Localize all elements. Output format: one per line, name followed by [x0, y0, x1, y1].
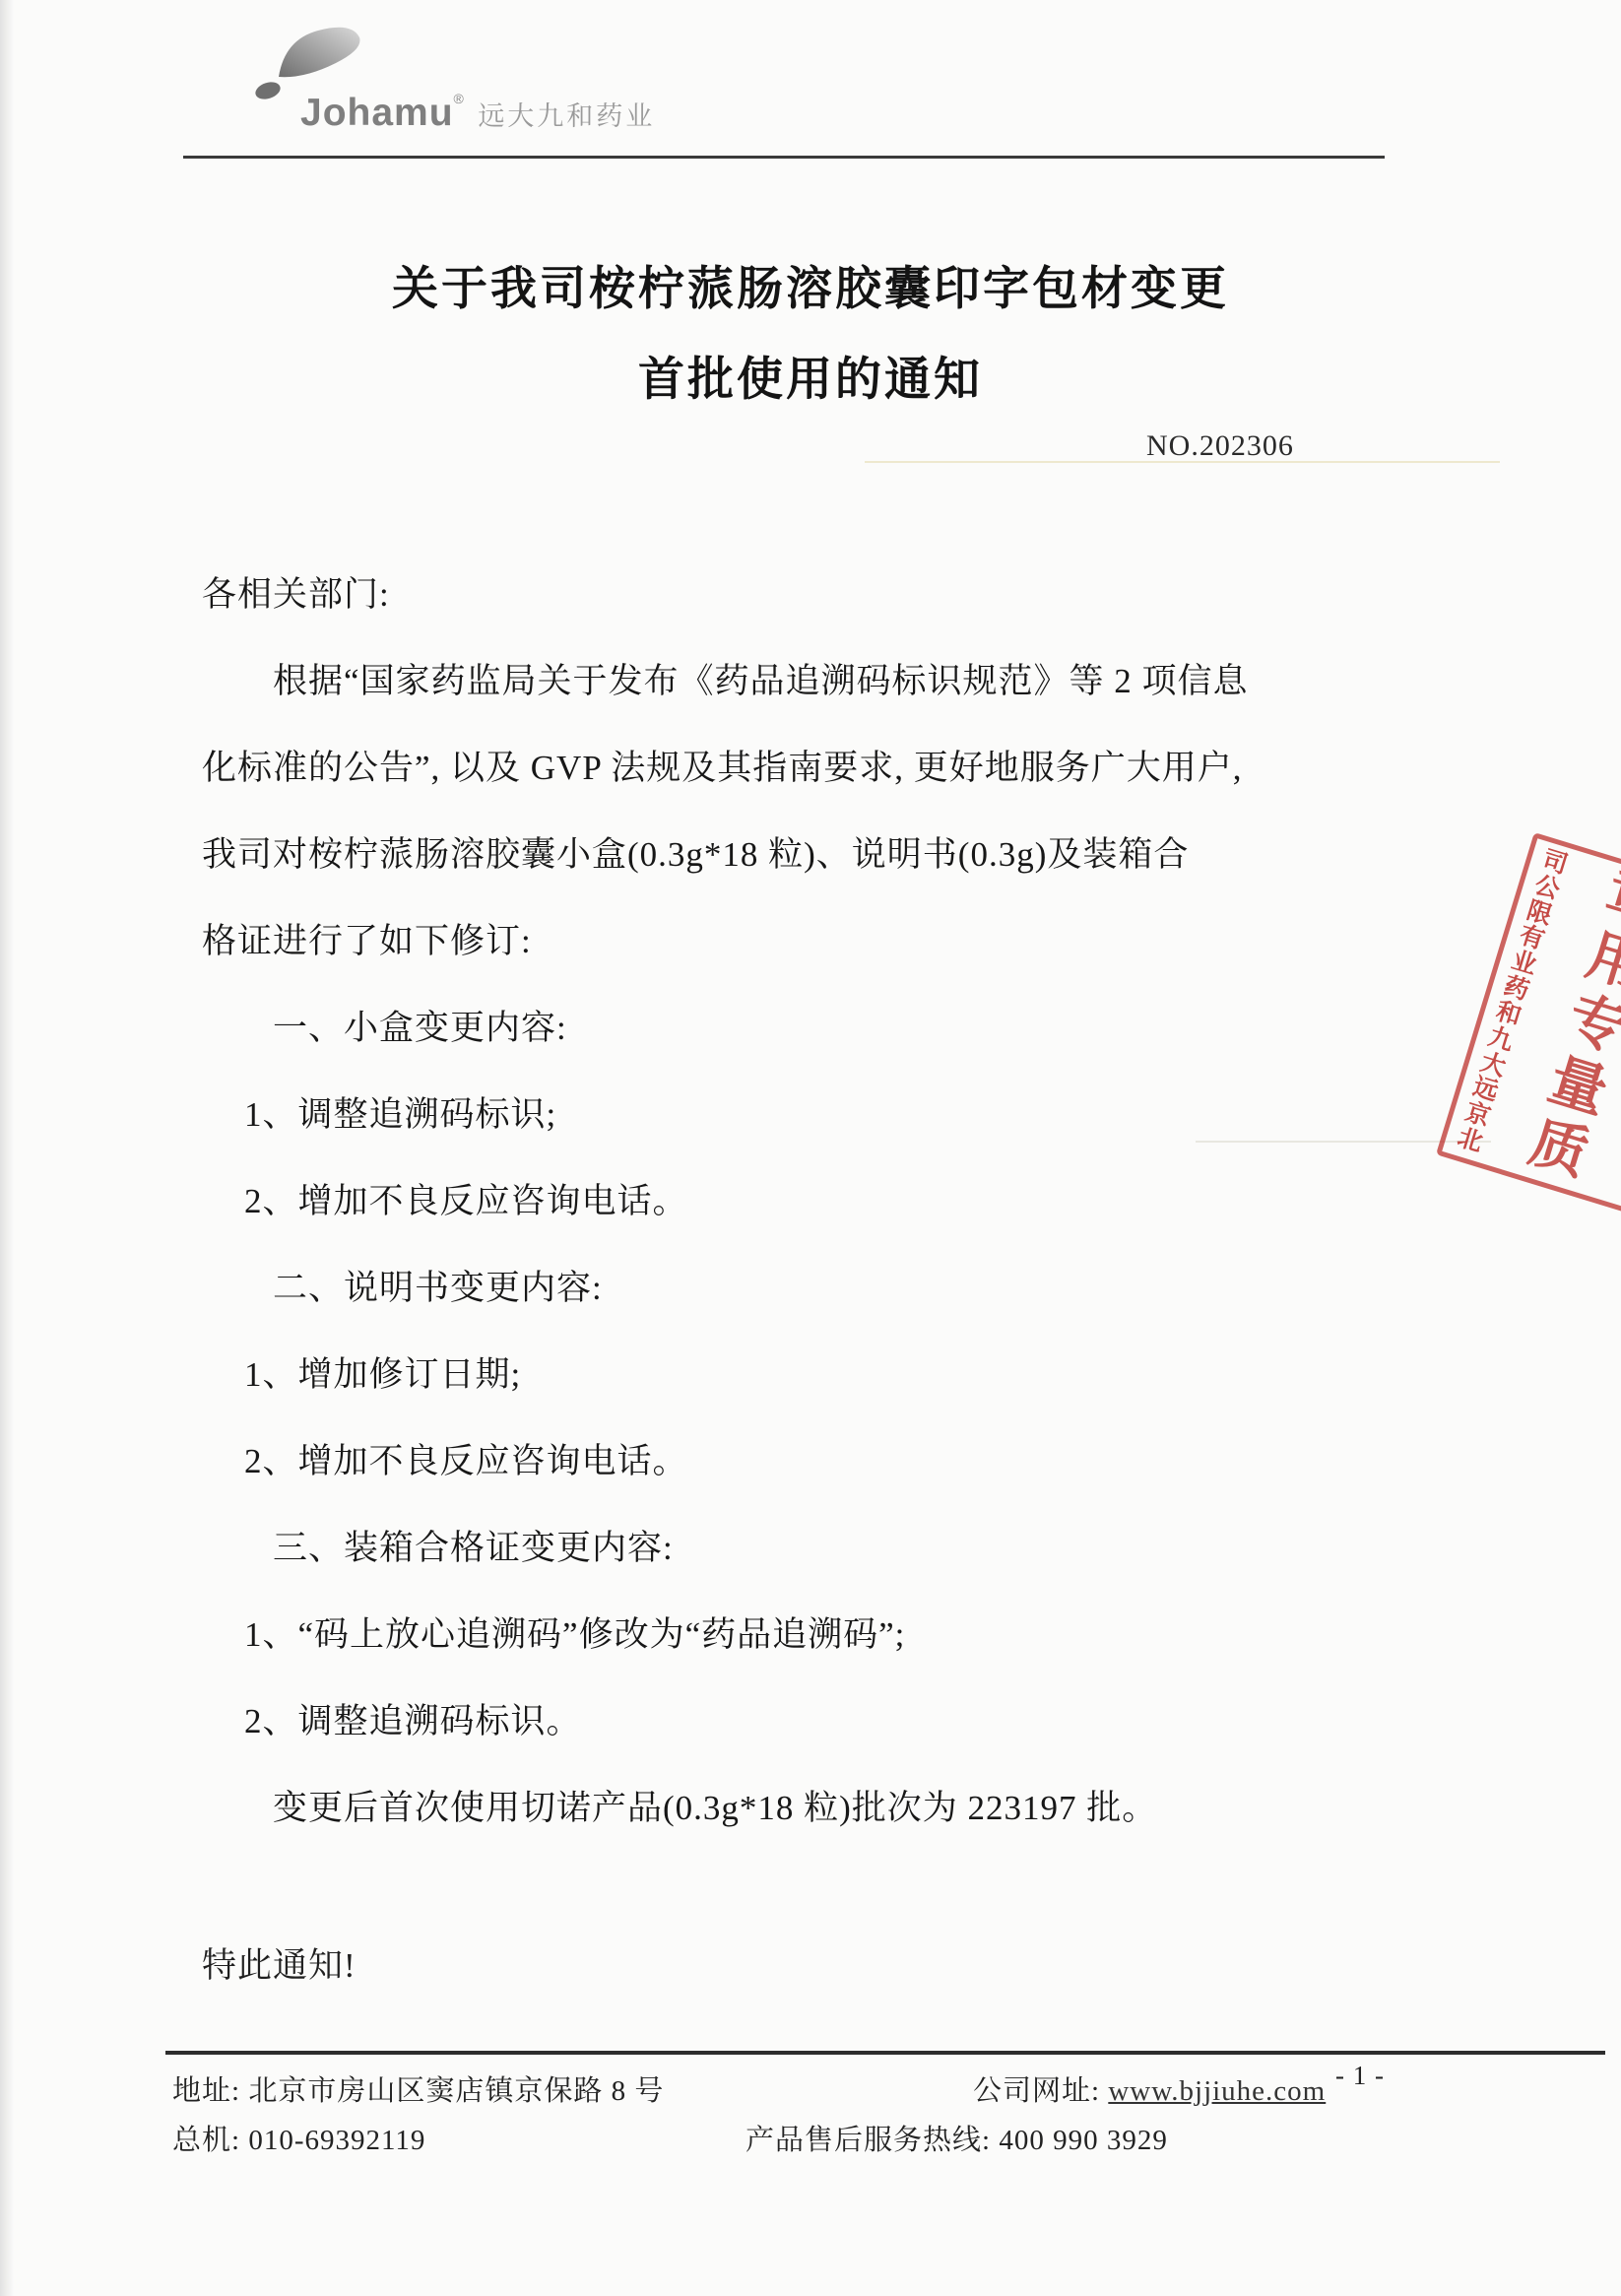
- body-line: 根据“国家药监局关于发布《药品追溯码标识规范》等 2 项信息: [202, 638, 1448, 725]
- body-line: 变更后首次使用切诺产品(0.3g*18 粒)批次为 223197 批。: [202, 1765, 1448, 1852]
- doc-title-line1: 关于我司桉柠蒎肠溶胶囊印字包材变更: [0, 252, 1621, 318]
- body-line: 2、增加不良反应咨询电话。: [202, 1418, 1448, 1505]
- body-line: 三、装箱合格证变更内容:: [202, 1505, 1448, 1592]
- quality-stamp: 北京远大九和药业有限公司 质量专用章: [1436, 832, 1621, 1241]
- footer-website: 公司网址: www.bjjiuhe.com: [973, 2068, 1326, 2109]
- hotline-value: 400 990 3929: [999, 2125, 1168, 2156]
- leaf-icon: [275, 26, 365, 83]
- body-line: 2、增加不良反应咨询电话。: [202, 1158, 1448, 1245]
- body-line: 2、调整追溯码标识。: [202, 1678, 1448, 1765]
- body-line: 1、“码上放心追溯码”修改为“药品追溯码”;: [202, 1592, 1448, 1678]
- address-label: 地址:: [172, 2075, 248, 2107]
- closing-line: 特此通知!: [202, 1923, 357, 2009]
- body-line: 1、调整追溯码标识;: [202, 1072, 1448, 1158]
- scan-artifact-line: [865, 461, 1500, 463]
- footer-divider: [165, 2051, 1605, 2055]
- body-line: 一、小盒变更内容:: [202, 985, 1448, 1072]
- doc-title-line2: 首批使用的通知: [0, 343, 1621, 409]
- website-link: www.bjjiuhe.com: [1108, 2075, 1326, 2107]
- body-line: 1、增加修订日期;: [202, 1332, 1448, 1418]
- body-line: 化标准的公告”, 以及 GVP 法规及其指南要求, 更好地服务广大用户,: [202, 725, 1448, 812]
- leaf-dot-icon: [253, 81, 283, 100]
- footer-phone: 总机: 010-69392119: [172, 2118, 425, 2158]
- body-line: 格证进行了如下修订:: [202, 898, 1448, 985]
- body-line: 二、说明书变更内容:: [202, 1245, 1448, 1332]
- scanned-notice-page: Johamu® 远大九和药业 关于我司桉柠蒎肠溶胶囊印字包材变更 首批使用的通知…: [0, 0, 1621, 2296]
- website-label: 公司网址:: [973, 2075, 1108, 2107]
- phone-label: 总机:: [172, 2125, 248, 2156]
- footer-address: 地址: 北京市房山区窦店镇京保路 8 号: [172, 2068, 664, 2109]
- notice-body: 各相关部门: 根据“国家药监局关于发布《药品追溯码标识规范》等 2 项信息 化标…: [202, 552, 1448, 1852]
- body-line: 我司对桉柠蒎肠溶胶囊小盒(0.3g*18 粒)、说明书(0.3g)及装箱合: [202, 812, 1448, 898]
- logo-brand: Johamu: [300, 92, 454, 134]
- company-logo: Johamu® 远大九和药业: [251, 26, 763, 116]
- page-number: - 1 -: [1335, 2061, 1385, 2091]
- salutation: 各相关部门:: [202, 552, 1448, 638]
- header-divider: [183, 156, 1385, 159]
- phone-value: 010-69392119: [248, 2125, 425, 2156]
- registered-mark: ®: [454, 91, 464, 106]
- doc-number: NO.202306: [1146, 429, 1294, 463]
- hotline-label: 产品售后服务热线:: [746, 2125, 999, 2156]
- address-value: 北京市房山区窦店镇京保路 8 号: [248, 2075, 664, 2107]
- footer-hotline: 产品售后服务热线: 400 990 3929: [746, 2118, 1168, 2158]
- logo-company-name: 远大九和药业: [478, 101, 655, 131]
